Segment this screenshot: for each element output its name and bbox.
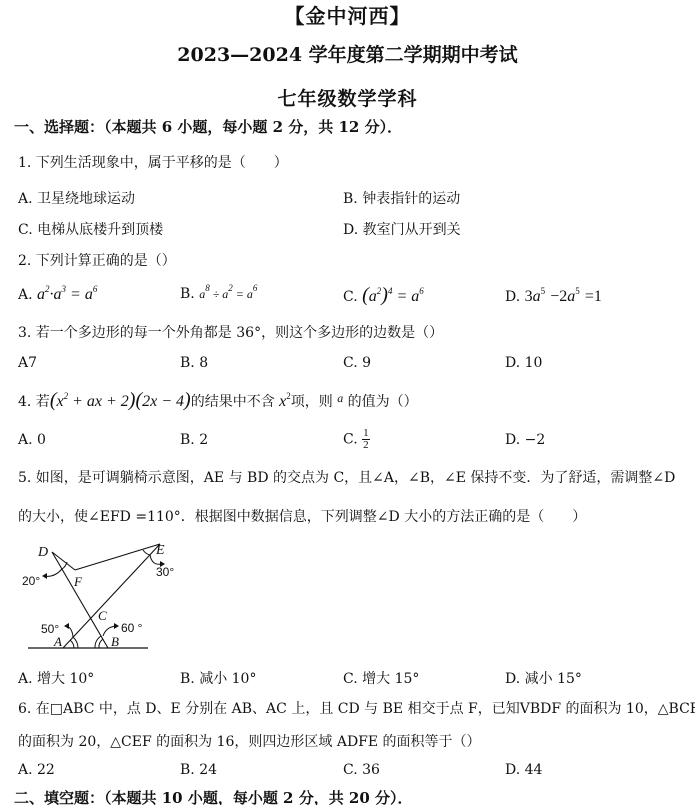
question-6-option-c: C. 36 — [343, 762, 380, 778]
question-5-stem-line-1: 5. 如图，是可调躺椅示意图，AE 与 BD 的交点为 C，且∠A，∠B，∠E … — [18, 467, 675, 487]
question-5-stem-line-2: 的大小，使∠EFD =110°．根据图中数据信息，下列调整∠D 大小的方法正确的… — [18, 506, 586, 526]
svg-text:50°: 50° — [41, 622, 59, 636]
question-2-option-d: D. 3a5 −2a5 =1 — [505, 286, 602, 306]
question-1-option-b: B. 钟表指针的运动 — [343, 188, 460, 208]
recliner-diagram: D E F C A B 20° 30° 50° 60 ° — [10, 538, 210, 654]
section-title-multiple-choice: 一、选择题：（本题共 6 小题，每小题 2 分，共 12 分）． — [14, 116, 402, 137]
question-4-option-d: D. −2 — [505, 432, 545, 448]
question-3-option-d: D. 10 — [505, 355, 542, 371]
question-4-stem: 4. 若(x2 + ax + 2)(2x − 4)的结果中不含 x2项，则 a … — [18, 389, 418, 412]
question-5-option-c: C. 增大 15° — [343, 668, 419, 688]
svg-text:60 °: 60 ° — [121, 621, 143, 635]
svg-text:A: A — [53, 634, 62, 649]
question-1-option-d: D. 教室门从开到关 — [343, 219, 461, 239]
question-2-option-b: B. a8 ÷ a2 = a6 — [180, 286, 257, 302]
question-3-option-a: A7 — [18, 355, 37, 371]
question-2-option-a: A. a2·a3 = a6 — [18, 286, 97, 304]
question-3-option-b: B. 8 — [180, 355, 208, 371]
question-1-option-a: A. 卫星绕地球运动 — [18, 188, 135, 208]
section-title-fill-in-blank: 二、填空题：（本题共 10 小题，每小题 2 分，共 20 分）． — [14, 787, 413, 805]
question-5-option-d: D. 减小 15° — [505, 668, 582, 688]
question-1-stem: 1. 下列生活现象中，属于平移的是（ ） — [18, 152, 288, 172]
question-3-option-c: C. 9 — [343, 355, 371, 371]
question-6-stem-line-1: 6. 在□ABC 中，点 D、E 分别在 AB、AC 上，且 CD 与 BE 相… — [18, 698, 695, 718]
question-6-option-a: A. 22 — [18, 762, 55, 778]
question-4-option-c: C. 12 — [343, 428, 370, 451]
svg-text:E: E — [155, 543, 165, 558]
svg-text:F: F — [73, 574, 83, 589]
question-5-option-b: B. 减小 10° — [180, 668, 256, 688]
fraction-one-half: 12 — [362, 428, 370, 451]
question-2-stem: 2. 下列计算正确的是（） — [18, 250, 176, 270]
question-6-stem-line-2: 的面积为 20，△CEF 的面积为 16，则四边形区域 ADFE 的面积等于（） — [18, 731, 481, 751]
exam-title: 2023—2024 学年度第二学期期中考试 — [0, 40, 695, 67]
question-5-option-a: A. 增大 10° — [18, 668, 94, 688]
school-label: 【金中河西】 — [0, 0, 695, 29]
question-3-stem: 3. 若一个多边形的每一个外角都是 36°，则这个多边形的边数是（） — [18, 322, 443, 342]
question-4-option-b: B. 2 — [180, 432, 208, 448]
subject-title: 七年级数学学科 — [0, 84, 695, 111]
svg-text:20°: 20° — [22, 574, 40, 588]
question-6-option-b: B. 24 — [180, 762, 217, 778]
question-4-option-a: A. 0 — [18, 432, 46, 448]
svg-text:B: B — [111, 634, 119, 649]
question-2-option-c: C. (a2)4 = a6 — [343, 284, 424, 307]
question-6-option-d: D. 44 — [505, 762, 542, 778]
svg-text:D: D — [37, 545, 48, 560]
svg-text:C: C — [98, 608, 107, 623]
question-1-option-c: C. 电梯从底楼升到顶楼 — [18, 219, 163, 239]
svg-text:30°: 30° — [156, 565, 174, 579]
